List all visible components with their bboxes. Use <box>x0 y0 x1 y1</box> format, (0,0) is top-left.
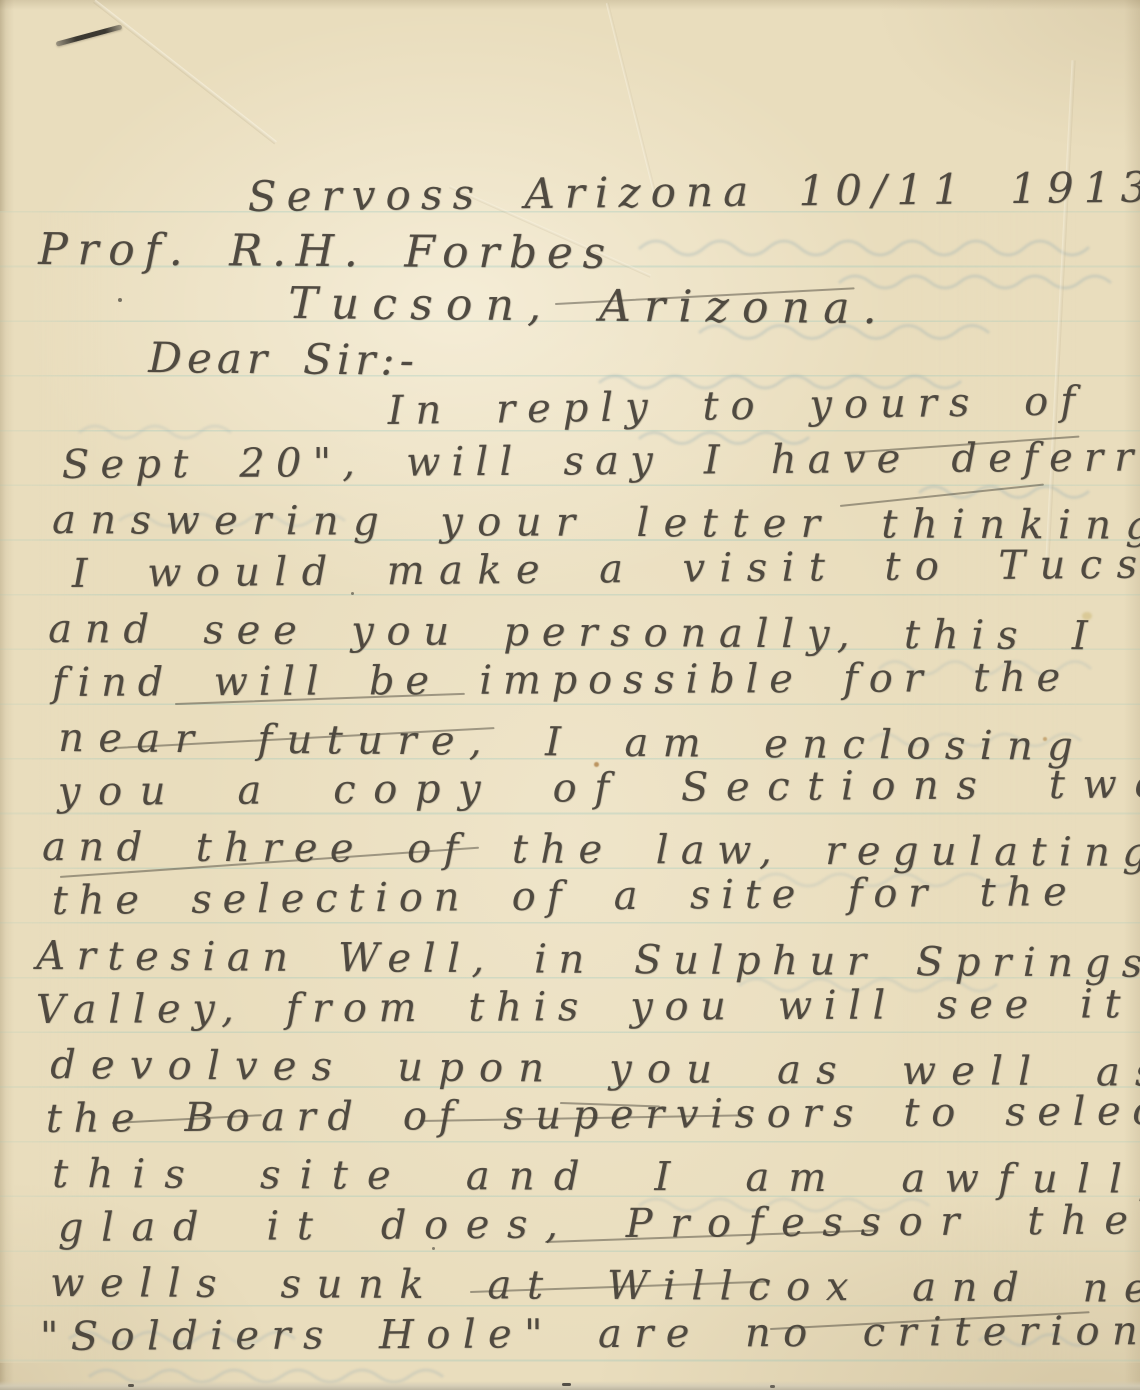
body-line: the selection of a site for the <box>52 869 1078 924</box>
body-line: devolves upon you as well as <box>50 1042 1140 1096</box>
edge-mark <box>770 1385 775 1388</box>
ink-speck <box>1043 737 1047 741</box>
edge-mark <box>128 1384 134 1387</box>
body-line: this site and I am awfully <box>52 1151 1140 1203</box>
edge-mark <box>562 1383 571 1386</box>
recipient-city-line: Tucson, Arizona. <box>288 278 890 334</box>
body-line: I would make a visit to Tucson <box>72 541 1140 597</box>
stain <box>1082 612 1092 620</box>
body-line: and see you personally, this I <box>48 606 1101 659</box>
body-line: you a copy of Sections two <box>58 761 1140 815</box>
body-line: Valley, from this you will see it <box>36 981 1133 1033</box>
body-line: "Soldiers Hole" are no criterions <box>40 1308 1140 1360</box>
body-line: find will be impossible for the <box>52 655 1071 706</box>
heading-place-date-line: Servoss Arizona 10/11 1913 <box>247 162 1140 221</box>
ink-speck <box>118 298 122 302</box>
ink-speck <box>594 762 599 767</box>
body-line: Artesian Well, in Sulphur Springs <box>36 933 1140 987</box>
letter-page: Servoss Arizona 10/11 1913 Prof. R.H. Fo… <box>0 0 1140 1390</box>
body-line: and three of the law, regulating <box>42 824 1140 876</box>
ink-speck <box>432 1247 435 1250</box>
body-line: the Board of supervisors to select <box>46 1088 1140 1142</box>
pencil-dash-mark <box>56 24 123 46</box>
recipient-line: Prof. R.H. Forbes <box>38 224 615 279</box>
body-line: In reply to yours of <box>387 378 1087 434</box>
ink-speck <box>351 592 354 595</box>
body-line: glad it does, Professor the <box>58 1197 1140 1251</box>
salutation-line: Dear Sir:- <box>148 333 419 385</box>
paper-crease <box>93 0 277 144</box>
body-line: answering your letter thinking <box>52 497 1140 549</box>
